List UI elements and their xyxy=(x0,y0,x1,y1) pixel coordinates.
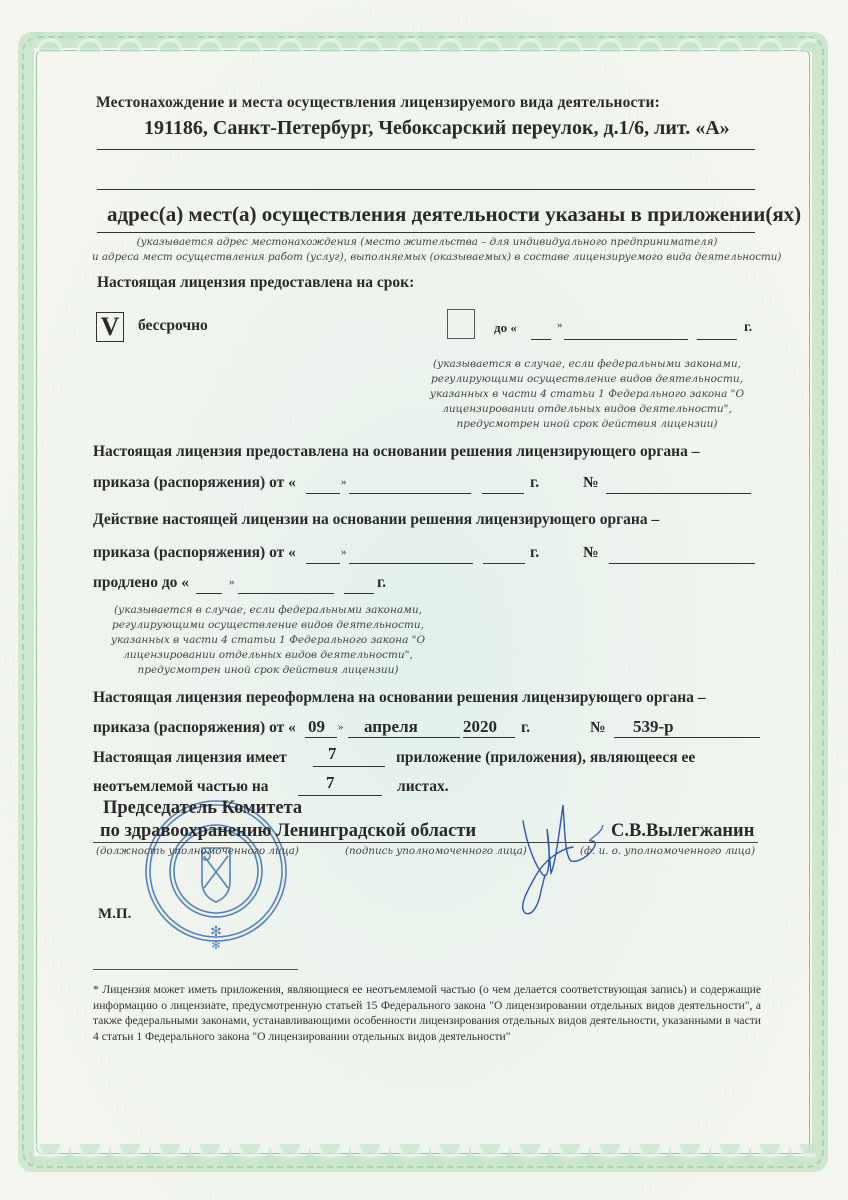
extension-number-field[interactable] xyxy=(609,563,755,564)
term-until-year-field[interactable] xyxy=(697,339,737,340)
sheets-count: 7 xyxy=(326,773,335,793)
extension-note: (указывается в случае, если федеральными… xyxy=(88,603,448,678)
reissued-number-underline xyxy=(614,737,760,738)
seal-place-label: М.П. xyxy=(98,906,131,923)
activity-underline xyxy=(97,232,755,233)
address-underline xyxy=(97,149,755,150)
reissued-year: 2020 xyxy=(463,717,497,737)
extended-year-field[interactable] xyxy=(344,593,374,594)
extension-year-field[interactable] xyxy=(483,563,525,564)
reissued-day-underline xyxy=(305,737,337,738)
granted-day-field[interactable] xyxy=(306,493,340,494)
signature-line xyxy=(93,842,758,843)
sheets-suffix: листах. xyxy=(397,778,449,796)
address-blank-line xyxy=(97,189,755,190)
granted-year-field[interactable] xyxy=(482,493,524,494)
address-note-line1: (указывается адрес местонахождения (мест… xyxy=(97,236,757,248)
caption-signature: (подпись уполномоченного лица) xyxy=(345,845,527,857)
footnote: * Лицензия может иметь приложения, являю… xyxy=(93,982,761,1044)
term-heading: Настоящая лицензия предоставлена на срок… xyxy=(97,274,414,292)
extension-close-quote: » xyxy=(341,546,347,558)
extension-heading: Действие настоящей лицензии на основании… xyxy=(93,511,659,529)
signer-name: С.В.Вылегжанин xyxy=(611,821,754,842)
term-until-month-field[interactable] xyxy=(564,339,688,340)
extension-year-suffix: г. xyxy=(530,544,539,562)
term-indefinite-checkbox[interactable]: V xyxy=(96,312,124,342)
footnote-divider xyxy=(93,969,298,970)
signer-position-line2: по здравоохранению Ленинградской области xyxy=(100,821,476,842)
granted-number-field[interactable] xyxy=(606,493,751,494)
extended-year-suffix: г. xyxy=(377,574,386,592)
reissued-year-suffix: г. xyxy=(521,719,530,737)
reissued-close-quote: » xyxy=(338,721,344,733)
appendix-count-underline xyxy=(313,766,385,767)
term-until-day-field[interactable] xyxy=(531,339,551,340)
signer-position-line1: Председатель Комитета xyxy=(103,798,302,819)
extension-month-field[interactable] xyxy=(349,563,473,564)
granted-close-quote: » xyxy=(341,476,347,488)
caption-name: (ф. и. о. уполномоченного лица) xyxy=(580,845,755,857)
reissued-heading: Настоящая лицензия переоформлена на осно… xyxy=(93,689,706,707)
term-until-close-quote: » xyxy=(557,319,563,331)
extension-day-field[interactable] xyxy=(306,563,340,564)
term-note: (указывается в случае, если федеральными… xyxy=(412,357,762,432)
extended-month-field[interactable] xyxy=(238,593,334,594)
granted-year-suffix: г. xyxy=(530,474,539,492)
reissued-year-underline xyxy=(463,737,515,738)
extension-number-sign: № xyxy=(583,544,599,562)
extension-order-label: приказа (распоряжения) от « xyxy=(93,544,296,562)
granted-month-field[interactable] xyxy=(349,493,471,494)
granted-number-sign: № xyxy=(583,474,599,492)
activity-addresses: адрес(а) мест(а) осуществления деятельно… xyxy=(107,202,801,227)
reissued-number: 539-р xyxy=(633,717,674,737)
caption-position: (должность уполномоченного лица) xyxy=(96,845,299,857)
appendix-suffix: приложение (приложения), являющееся ее xyxy=(396,749,695,767)
term-until-year-suffix: г. xyxy=(744,320,752,336)
reissued-number-sign: № xyxy=(590,719,606,737)
license-page-2: Местонахождение и места осуществления ли… xyxy=(0,0,848,1200)
term-until-label: до « xyxy=(494,320,517,336)
term-indefinite-label: бессрочно xyxy=(138,317,208,335)
appendix-count: 7 xyxy=(328,744,337,764)
handwritten-signature xyxy=(505,795,605,915)
reissued-day: 09 xyxy=(308,717,325,737)
extended-day-field[interactable] xyxy=(196,593,222,594)
appendix-label: Настоящая лицензия имеет xyxy=(93,749,287,767)
svg-text:✻: ✻ xyxy=(211,939,220,952)
reissued-month: апреля xyxy=(364,717,418,737)
location-heading: Местонахождение и места осуществления ли… xyxy=(96,94,660,112)
extended-until-label: продлено до « xyxy=(93,574,189,592)
extended-close-quote: » xyxy=(229,576,235,588)
address-note-line2: и адреса мест осуществления работ (услуг… xyxy=(92,251,762,263)
reissued-order-label: приказа (распоряжения) от « xyxy=(93,719,296,737)
term-until-checkbox[interactable] xyxy=(447,309,475,339)
svg-text:✻: ✻ xyxy=(210,924,222,940)
granted-order-label: приказа (распоряжения) от « xyxy=(93,474,296,492)
granted-heading: Настоящая лицензия предоставлена на осно… xyxy=(93,443,699,461)
reissued-month-underline xyxy=(348,737,460,738)
address: 191186, Санкт-Петербург, Чебоксарский пе… xyxy=(144,117,730,140)
sheets-count-underline xyxy=(298,795,382,796)
